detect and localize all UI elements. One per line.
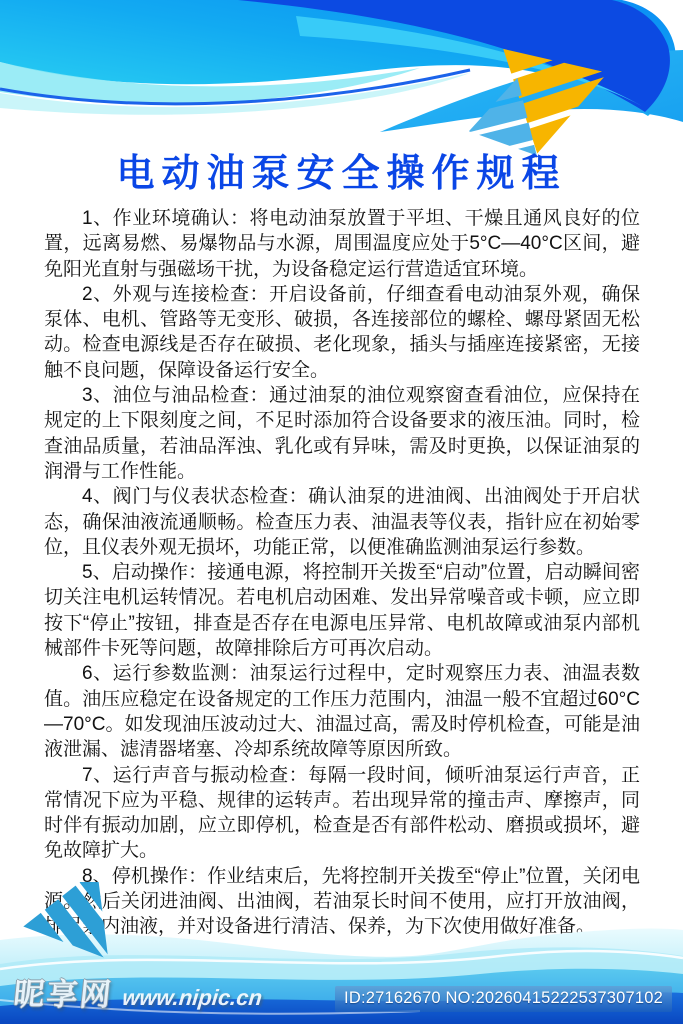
cyan-underwave-2 [0, 73, 470, 115]
cyan-band [296, 16, 642, 106]
yellow-triangle-arrow-icon [503, 22, 620, 154]
top-gradient-wave [0, 0, 676, 116]
dark-blue-swoosh [238, 0, 670, 112]
site-watermark: 昵享网 www.nipic.cn [12, 969, 265, 1014]
mid-blue-band [380, 50, 683, 132]
site-name: 昵享网 [12, 969, 116, 1014]
white-curve-line [0, 951, 683, 969]
cyan-underwave-1 [0, 62, 420, 104]
procedure-paragraph-1: 1、作业环境确认：将电动油泵放置于平坦、干燥且通风良好的位置，远离易燃、易爆物品… [44, 206, 640, 282]
safety-procedure-poster: 电动油泵安全操作规程 1、作业环境确认：将电动油泵放置于平坦、干燥且通风良好的位… [0, 0, 683, 1024]
procedure-paragraph-7: 7、运行声音与振动检查：每隔一段时间，倾听油泵运行声音，正常情况下应为平稳、规律… [44, 763, 640, 864]
procedure-paragraph-4: 4、阀门与仪表状态检查：确认油泵的进油阀、出油阀处于开启状态，确保油液流通顺畅。… [44, 484, 640, 560]
procedure-paragraph-6: 6、运行参数监测：油泵运行过程中，定时观察压力表、油温表数值。油压应稳定在设备规… [44, 661, 640, 762]
procedure-paragraph-2: 2、外观与连接检查：开启设备前，仔细查看电动油泵外观，确保泵体、电机、管路等无变… [44, 282, 640, 383]
site-url: www.nipic.cn [121, 985, 263, 1011]
procedure-text-block: 1、作业环境确认：将电动油泵放置于平坦、干燥且通风良好的位置，远离易燃、易爆物品… [44, 206, 640, 940]
image-id-badge: ID:27162670 NO:20260415222537307102 [335, 986, 672, 1012]
procedure-paragraph-8: 8、停机操作：作业结束后，先将控制开关拨至“停止”位置，关闭电源。然后关闭进油阀… [44, 864, 640, 940]
procedure-paragraph-3: 3、油位与油品检查：通过油泵的油位观察窗查看油位，应保持在规定的上下限刻度之间，… [44, 383, 640, 484]
page-title: 电动油泵安全操作规程 [0, 150, 683, 198]
procedure-paragraph-5: 5、启动操作：接通电源，将控制开关拨至“启动”位置，启动瞬间密切关注电机运转情况… [44, 560, 640, 661]
royal-line-curve [0, 70, 470, 104]
top-wave-decoration [0, 0, 683, 165]
